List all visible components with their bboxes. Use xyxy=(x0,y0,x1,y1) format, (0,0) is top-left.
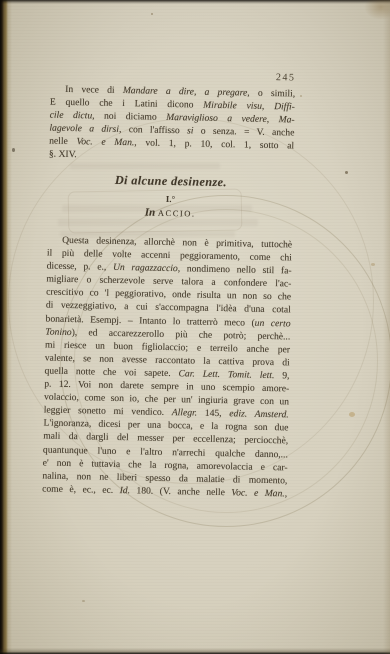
text-run: Id. xyxy=(120,485,131,496)
page-right-edge-shadow xyxy=(383,0,390,654)
text-run: un certo xyxy=(255,317,291,329)
text-run: , xyxy=(267,114,279,125)
page-left-edge-shadow xyxy=(0,0,12,654)
page-number: 245 xyxy=(276,72,296,83)
text-run: dicesse, p. e., xyxy=(47,261,114,273)
text-run: 9, xyxy=(274,370,289,381)
body-paragraph: Questa desinenza, allorchè non è primiti… xyxy=(42,234,292,501)
text-run: , xyxy=(262,101,274,112)
text-run: Mandare a dire, a pregare xyxy=(123,85,248,98)
foxing-spot xyxy=(349,412,355,417)
text-run: Car. Lett. Tomit. lett. xyxy=(178,368,274,381)
text-run: , nondimeno nello stil fa- xyxy=(178,263,292,276)
text-run: §. XIV. xyxy=(49,149,77,161)
text-run: cile dictu xyxy=(50,110,93,122)
foxing-spot xyxy=(12,148,15,152)
text-run: Voc. e Man. xyxy=(231,487,285,499)
printed-text-block: 245 In vece di Mandare a dire, a pregare… xyxy=(39,0,297,654)
text-run: nelle xyxy=(49,136,77,148)
page-top-edge-shadow xyxy=(0,0,390,4)
page-bottom-edge-shadow xyxy=(0,648,390,654)
text-run: In xyxy=(145,207,158,219)
section-ordinal: I.° xyxy=(48,192,293,207)
foxing-spot xyxy=(300,95,302,97)
text-run: Ma- xyxy=(279,114,295,125)
scanned-book-page-photo: 245 In vece di Mandare a dire, a pregare… xyxy=(0,0,390,654)
intro-paragraph: In vece di Mandare a dire, a pregare, o … xyxy=(49,83,296,166)
text-run: , o simili, xyxy=(247,88,295,100)
text-run: In vece di xyxy=(65,84,123,96)
text-run: , noi diciamo xyxy=(92,111,166,123)
text-run: 180. (V. anche nelle xyxy=(130,485,232,498)
text-run: Tonino xyxy=(45,326,72,338)
foxing-spot xyxy=(371,263,375,266)
section-title: Di alcune desinenze. xyxy=(48,172,293,192)
text-run: , con l'affisso xyxy=(119,124,187,136)
text-run: Allegr. xyxy=(172,407,198,419)
text-run: , vol. 1, p. 10, col. 1, sotto al xyxy=(134,138,294,152)
text-run: ACCIO. xyxy=(158,209,196,219)
text-run: o senza. = V. anche xyxy=(193,126,294,139)
section-subtitle: In ACCIO. xyxy=(48,205,293,222)
text-run: Un ragazzaccio xyxy=(113,262,178,274)
text-run: come è, ec., ec. xyxy=(42,483,120,496)
text-run: Mirabile visu xyxy=(203,100,262,112)
text-run: Diffi- xyxy=(274,101,295,112)
text-run: 145, xyxy=(197,408,229,420)
text-run: Maraviglioso a vedere xyxy=(166,112,267,125)
text-run: Voc. e Man. xyxy=(76,137,134,149)
text-run: ediz. Amsterd. xyxy=(229,408,289,420)
text-run: , xyxy=(285,488,288,499)
foxing-spot xyxy=(345,171,348,174)
text-run: lagevole a dirsi xyxy=(49,123,119,135)
